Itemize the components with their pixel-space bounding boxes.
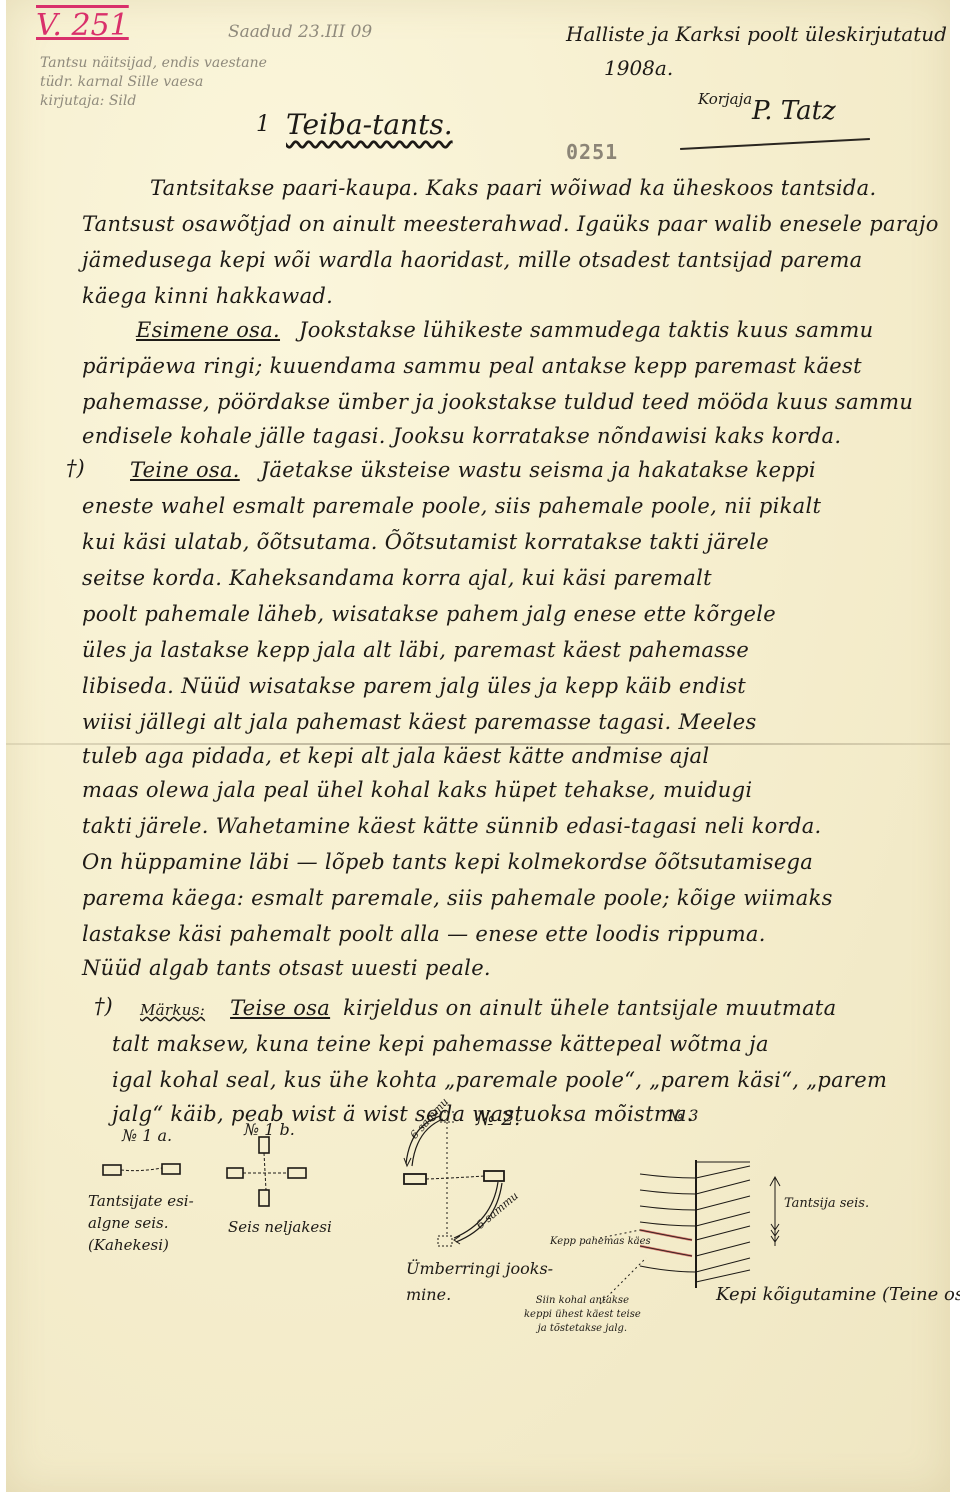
- year: 1908a.: [604, 56, 673, 80]
- text-line: endisele kohale jälle tagasi. Jooksu kor…: [82, 424, 841, 448]
- received-date-note: Saadud 23.III 09: [228, 22, 372, 42]
- text-line: käega kinni hakkawad.: [82, 284, 333, 308]
- text-line: päripäewa ringi; kuuendama sammu peal an…: [82, 354, 862, 378]
- text-line: takti järele. Wahetamine käest kätte sün…: [82, 814, 822, 838]
- text-line: parema käega: esmalt paremale, siis pahe…: [82, 886, 833, 910]
- note-reference: Teise osa: [230, 996, 330, 1020]
- archive-red-mark: V. 251: [36, 8, 129, 43]
- pencil-note: Tantsu näitsijad, endis vaestane tüdr. k…: [40, 54, 267, 111]
- footnote-marker: †): [66, 456, 85, 480]
- caption-line: Ümberringi jooks-: [406, 1256, 553, 1282]
- caption-line: keppi ühest käest teise: [524, 1308, 641, 1322]
- caption-line: (Kahekesi): [88, 1234, 194, 1256]
- text-line: Tantsust osawõtjad on ainult meesterahwa…: [82, 212, 939, 236]
- text-line: poolt pahemale läheb, wisatakse pahem ja…: [82, 602, 776, 626]
- footnote-marker: †): [94, 994, 113, 1018]
- pencil-note-line: kirjutaja: Sild: [40, 92, 267, 111]
- diagram-caption: Tantsijate esi- algne seis. (Kahekesi): [88, 1190, 194, 1256]
- note-label: Märkus:: [140, 1001, 205, 1019]
- diagram-label: № 3: [668, 1106, 698, 1125]
- text-line: seitse korda. Kaheksandama korra ajal, k…: [82, 566, 712, 590]
- text-line: Tantsitakse paari-kaupa. Kaks paari wõiw…: [150, 176, 876, 200]
- direction-arrow-icon: [768, 1176, 782, 1248]
- caption-line: ja tõstetakse jalg.: [524, 1322, 641, 1336]
- text-line: jämedusega kepi wõi wardla haoridast, mi…: [82, 248, 862, 272]
- text-line: maas olewa jala peal ühel kohal kaks hüp…: [82, 778, 752, 802]
- copier-label: Korjaja: [698, 90, 752, 108]
- text-line: Jookstakse lühikeste sammudega taktis ku…: [299, 318, 873, 342]
- copier-signature: P. Tatz: [752, 96, 836, 126]
- dancers-pair-icon: [100, 1160, 190, 1180]
- part-2-heading: Teine osa. Jäetakse üksteise wastu seism…: [130, 458, 816, 482]
- diagram-label: № 1 a.: [122, 1126, 172, 1145]
- part-2-label: Teine osa.: [130, 458, 240, 482]
- diagram-caption: Kepi kõigutamine (Teine osa): [716, 1284, 960, 1305]
- item-number: 1: [256, 112, 270, 137]
- source-line: Halliste ja Karksi poolt üleskirjutatud: [566, 22, 947, 46]
- text-line: kirjeldus on ainult ühele tantsijale muu…: [343, 996, 836, 1020]
- arrow-label: Tantsija seis.: [784, 1196, 869, 1211]
- text-line: kui käsi ulatab, õõtsutama. Õõtsutamist …: [82, 530, 769, 554]
- text-line: pahemasse, pöördakse ümber ja jookstakse…: [82, 390, 913, 414]
- dancers-four-icon: [224, 1134, 324, 1214]
- text-line: lastakse käsi pahemalt poolt alla — enes…: [82, 922, 766, 946]
- part-1-label: Esimene osa.: [136, 318, 280, 342]
- part-1-heading: Esimene osa. Jookstakse lühikeste sammud…: [136, 318, 873, 342]
- pointer-lines-icon: [600, 1228, 680, 1308]
- archive-stamp-number: 0251: [566, 140, 618, 164]
- caption-line: algne seis.: [88, 1212, 194, 1234]
- text-line: Nüüd algab tants otsast uuesti peale.: [82, 956, 491, 980]
- pencil-note-line: tüdr. karnal Sille vaesa: [40, 73, 267, 92]
- text-line: üles ja lastakse kepp jala alt läbi, par…: [82, 638, 749, 662]
- text-line: eneste wahel esmalt paremale poole, siis…: [82, 494, 821, 518]
- text-line: tuleb aga pidada, et kepi alt jala käest…: [82, 744, 709, 768]
- caption-line: Tantsijate esi-: [88, 1190, 194, 1212]
- text-line: igal kohal seal, kus ühe kohta „paremale…: [112, 1068, 887, 1092]
- diagram-caption: Seis neljakesi: [228, 1218, 332, 1236]
- dance-title: Teiba-tants.: [286, 108, 453, 141]
- text-line: talt maksew, kuna teine kepi pahemasse k…: [112, 1032, 769, 1056]
- pencil-note-line: Tantsu näitsijad, endis vaestane: [40, 54, 267, 73]
- text-line: wiisi jällegi alt jala pahemast käest pa…: [82, 710, 757, 734]
- text-line: On hüppamine läbi — lõpeb tants kepi kol…: [82, 850, 813, 874]
- text-line: libiseda. Nüüd wisatakse parem jalg üles…: [82, 674, 746, 698]
- text-line: Jäetakse üksteise wastu seisma ja hakata…: [261, 458, 816, 482]
- note-heading: Märkus: Teise osa kirjeldus on ainult üh…: [140, 996, 836, 1020]
